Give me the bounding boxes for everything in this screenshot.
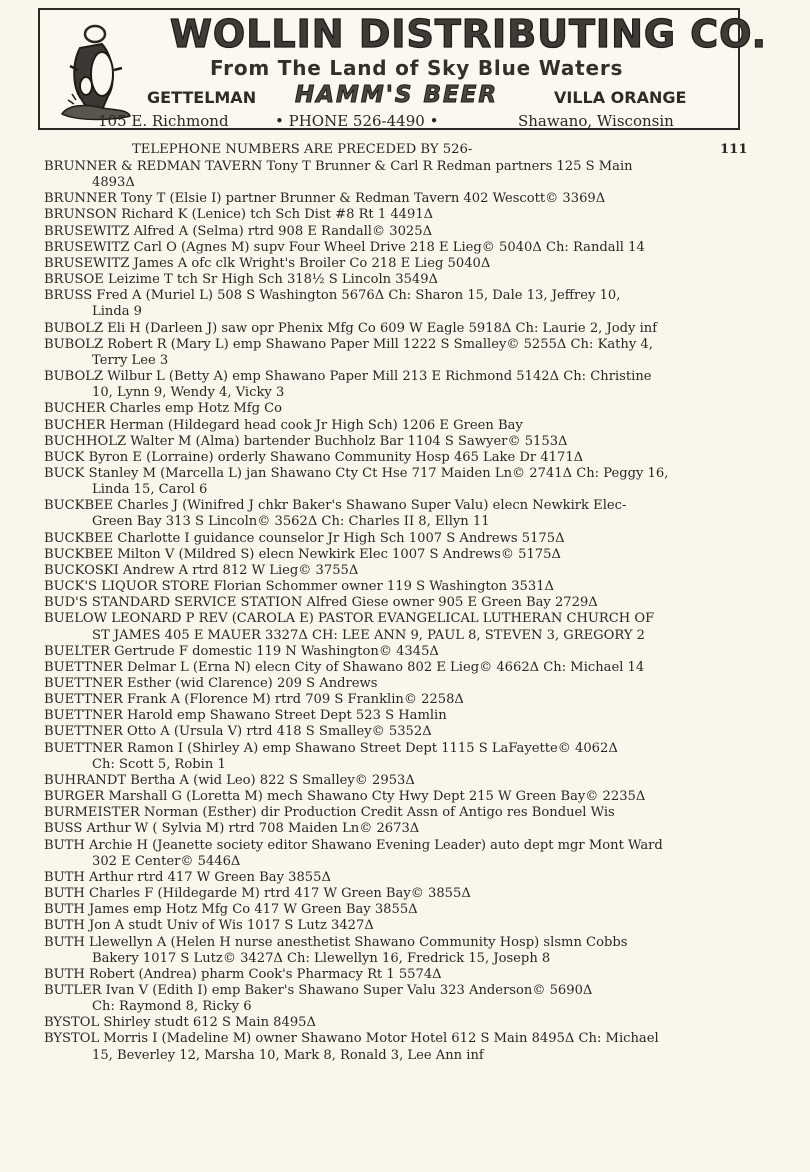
- directory-entry: BUETTNER Otto A (Ursula V) rtrd 418 S Sm…: [44, 724, 774, 740]
- ad-address: 105 E. Richmond: [98, 112, 229, 130]
- directory-entry: BUTH James emp Hotz Mfg Co 417 W Green B…: [44, 902, 774, 918]
- entry-line: BUTH Charles F (Hildegarde M) rtrd 417 W…: [44, 886, 774, 902]
- directory-entry: BUTH Arthur rtrd 417 W Green Bay 3855Δ: [44, 870, 774, 886]
- directory-entry: BUTH Charles F (Hildegarde M) rtrd 417 W…: [44, 886, 774, 902]
- directory-entry: BUBOLZ Eli H (Darleen J) saw opr Phenix …: [44, 321, 774, 337]
- entry-line: BUCKBEE Milton V (Mildred S) elecn Newki…: [44, 547, 774, 563]
- directory-entry: BRUNNER & REDMAN TAVERN Tony T Brunner &…: [44, 159, 774, 191]
- directory-entry: BURMEISTER Norman (Esther) dir Productio…: [44, 805, 774, 821]
- entry-line: BUTLER Ivan V (Edith I) emp Baker's Shaw…: [44, 983, 774, 999]
- entry-line: BYSTOL Morris I (Madeline M) owner Shawa…: [44, 1031, 774, 1047]
- entry-line: BRUSEWITZ Carl O (Agnes M) supv Four Whe…: [44, 240, 774, 256]
- entry-line: BUCHHOLZ Walter M (Alma) bartender Buchh…: [44, 434, 774, 450]
- directory-entry: BUHRANDT Bertha A (wid Leo) 822 S Smalle…: [44, 773, 774, 789]
- entry-line: BUTH Llewellyn A (Helen H nurse anesthet…: [44, 935, 774, 951]
- directory-entry: BRUSEWITZ James A ofc clk Wright's Broil…: [44, 256, 774, 272]
- directory-entry: BRUSEWITZ Alfred A (Selma) rtrd 908 E Ra…: [44, 224, 774, 240]
- directory-entry: BUCK'S LIQUOR STORE Florian Schommer own…: [44, 579, 774, 595]
- directory-entry: BUETTNER Ramon I (Shirley A) emp Shawano…: [44, 741, 774, 773]
- entry-line: BYSTOL Shirley studt 612 S Main 8495Δ: [44, 1015, 774, 1031]
- directory-entry: BYSTOL Morris I (Madeline M) owner Shawa…: [44, 1031, 774, 1063]
- entry-continuation-line: 302 E Center© 5446Δ: [44, 854, 774, 870]
- entry-line: BRUSOE Leizime T tch Sr High Sch 318½ S …: [44, 272, 774, 288]
- directory-entry: BRUNSON Richard K (Lenice) tch Sch Dist …: [44, 207, 774, 223]
- directory-entry: BRUSOE Leizime T tch Sr High Sch 318½ S …: [44, 272, 774, 288]
- entry-continuation-line: Ch: Raymond 8, Ricky 6: [44, 999, 774, 1015]
- entry-line: BUTH Jon A studt Univ of Wis 1017 S Lutz…: [44, 918, 774, 934]
- entry-continuation-line: Ch: Scott 5, Robin 1: [44, 757, 774, 773]
- company-name: WOLLIN DISTRIBUTING CO.: [170, 12, 740, 56]
- entry-line: BUCK Stanley M (Marcella L) jan Shawano …: [44, 466, 774, 482]
- directory-entry: BUSS Arthur W ( Sylvia M) rtrd 708 Maide…: [44, 821, 774, 837]
- entry-line: BUHRANDT Bertha A (wid Leo) 822 S Smalle…: [44, 773, 774, 789]
- entry-line: BUCKBEE Charles J (Winifred J chkr Baker…: [44, 498, 774, 514]
- directory-entry: BUBOLZ Robert R (Mary L) emp Shawano Pap…: [44, 337, 774, 369]
- directory-entry: BUELOW LEONARD P REV (CAROLA E) PASTOR E…: [44, 611, 774, 643]
- directory-entry: BUCHHOLZ Walter M (Alma) bartender Buchh…: [44, 434, 774, 450]
- directory-entry: BUD'S STANDARD SERVICE STATION Alfred Gi…: [44, 595, 774, 611]
- entry-line: BUETTNER Otto A (Ursula V) rtrd 418 S Sm…: [44, 724, 774, 740]
- entry-line: BUELTER Gertrude F domestic 119 N Washin…: [44, 644, 774, 660]
- entry-line: BUETTNER Esther (wid Clarence) 209 S And…: [44, 676, 774, 692]
- entry-line: BUCHER Herman (Hildegard head cook Jr Hi…: [44, 418, 774, 434]
- entry-continuation-line: 15, Beverley 12, Marsha 10, Mark 8, Rona…: [44, 1048, 774, 1064]
- entry-line: BRUSEWITZ James A ofc clk Wright's Broil…: [44, 256, 774, 272]
- directory-entry: BUETTNER Harold emp Shawano Street Dept …: [44, 708, 774, 724]
- directory-entry: BUETTNER Esther (wid Clarence) 209 S And…: [44, 676, 774, 692]
- entry-line: BUCK'S LIQUOR STORE Florian Schommer own…: [44, 579, 774, 595]
- entry-line: BRUSS Fred A (Muriel L) 508 S Washington…: [44, 288, 774, 304]
- directory-entry: BUTH Llewellyn A (Helen H nurse anesthet…: [44, 935, 774, 967]
- directory-entry: BURGER Marshall G (Loretta M) mech Shawa…: [44, 789, 774, 805]
- entry-line: BUCKOSKI Andrew A rtrd 812 W Lieg© 3755Δ: [44, 563, 774, 579]
- directory-entry: BUCKBEE Charles J (Winifred J chkr Baker…: [44, 498, 774, 530]
- entry-line: BUTH Archie H (Jeanette society editor S…: [44, 838, 774, 854]
- entry-line: BURMEISTER Norman (Esther) dir Productio…: [44, 805, 774, 821]
- entry-line: BUELOW LEONARD P REV (CAROLA E) PASTOR E…: [44, 611, 774, 627]
- entry-line: BURGER Marshall G (Loretta M) mech Shawa…: [44, 789, 774, 805]
- entry-line: BUSS Arthur W ( Sylvia M) rtrd 708 Maide…: [44, 821, 774, 837]
- entry-continuation-line: Linda 15, Carol 6: [44, 482, 774, 498]
- entry-continuation-line: Green Bay 313 S Lincoln© 3562Δ Ch: Charl…: [44, 514, 774, 530]
- brand-gettelman: GETTELMAN: [147, 88, 256, 107]
- ad-city: Shawano, Wisconsin: [518, 112, 674, 130]
- brand-hamms-beer: HAMM'S BEER: [295, 82, 498, 108]
- directory-entry: BUCHER Charles emp Hotz Mfg Co: [44, 401, 774, 417]
- ad-phone: • PHONE 526-4490 •: [275, 112, 438, 130]
- entry-continuation-line: ST JAMES 405 E MAUER 3327Δ CH: LEE ANN 9…: [44, 628, 774, 644]
- directory-entry: BUTLER Ivan V (Edith I) emp Baker's Shaw…: [44, 983, 774, 1015]
- entry-line: BUTH Robert (Andrea) pharm Cook's Pharma…: [44, 967, 774, 983]
- directory-entry: BUTH Robert (Andrea) pharm Cook's Pharma…: [44, 967, 774, 983]
- entry-line: BUBOLZ Robert R (Mary L) emp Shawano Pap…: [44, 337, 774, 353]
- entry-line: BUTH James emp Hotz Mfg Co 417 W Green B…: [44, 902, 774, 918]
- entry-line: BUETTNER Frank A (Florence M) rtrd 709 S…: [44, 692, 774, 708]
- brand-villa-orange: VILLA ORANGE: [554, 88, 686, 107]
- directory-entry: BUCKBEE Milton V (Mildred S) elecn Newki…: [44, 547, 774, 563]
- directory-entry: BRUSEWITZ Carl O (Agnes M) supv Four Whe…: [44, 240, 774, 256]
- entry-continuation-line: Terry Lee 3: [44, 353, 774, 369]
- entry-line: BUETTNER Ramon I (Shirley A) emp Shawano…: [44, 741, 774, 757]
- entry-continuation-line: Bakery 1017 S Lutz© 3427Δ Ch: Llewellyn …: [44, 951, 774, 967]
- entry-line: BUTH Arthur rtrd 417 W Green Bay 3855Δ: [44, 870, 774, 886]
- entry-line: BUBOLZ Wilbur L (Betty A) emp Shawano Pa…: [44, 369, 774, 385]
- directory-entry: BUCKBEE Charlotte I guidance counselor J…: [44, 531, 774, 547]
- entry-line: BUCK Byron E (Lorraine) orderly Shawano …: [44, 450, 774, 466]
- directory-listing: BRUNNER & REDMAN TAVERN Tony T Brunner &…: [44, 159, 774, 1064]
- directory-entry: BUETTNER Delmar L (Erna N) elecn City of…: [44, 660, 774, 676]
- entry-line: BRUNSON Richard K (Lenice) tch Sch Dist …: [44, 207, 774, 223]
- entry-line: BUCHER Charles emp Hotz Mfg Co: [44, 401, 774, 417]
- hamms-bear-mascot-icon: [58, 18, 136, 122]
- entry-continuation-line: 10, Lynn 9, Wendy 4, Vicky 3: [44, 385, 774, 401]
- directory-entry: BUTH Jon A studt Univ of Wis 1017 S Lutz…: [44, 918, 774, 934]
- page-number: 111: [720, 142, 748, 157]
- directory-entry: BRUNNER Tony T (Elsie I) partner Brunner…: [44, 191, 774, 207]
- entry-continuation-line: 4893Δ: [44, 175, 774, 191]
- directory-entry: BUCK Byron E (Lorraine) orderly Shawano …: [44, 450, 774, 466]
- entry-line: BRUNNER & REDMAN TAVERN Tony T Brunner &…: [44, 159, 774, 175]
- directory-entry: BUCK Stanley M (Marcella L) jan Shawano …: [44, 466, 774, 498]
- entry-line: BRUSEWITZ Alfred A (Selma) rtrd 908 E Ra…: [44, 224, 774, 240]
- directory-entry: BUTH Archie H (Jeanette society editor S…: [44, 838, 774, 870]
- directory-entry: BUELTER Gertrude F domestic 119 N Washin…: [44, 644, 774, 660]
- advertisement-box: WOLLIN DISTRIBUTING CO. From The Land of…: [38, 8, 740, 130]
- entry-line: BUBOLZ Eli H (Darleen J) saw opr Phenix …: [44, 321, 774, 337]
- entry-line: BRUNNER Tony T (Elsie I) partner Brunner…: [44, 191, 774, 207]
- directory-entry: BUCKOSKI Andrew A rtrd 812 W Lieg© 3755Δ: [44, 563, 774, 579]
- entry-line: BUCKBEE Charlotte I guidance counselor J…: [44, 531, 774, 547]
- entry-line: BUETTNER Delmar L (Erna N) elecn City of…: [44, 660, 774, 676]
- entry-line: BUD'S STANDARD SERVICE STATION Alfred Gi…: [44, 595, 774, 611]
- slogan: From The Land of Sky Blue Waters: [210, 56, 623, 80]
- directory-entry: BUCHER Herman (Hildegard head cook Jr Hi…: [44, 418, 774, 434]
- entry-line: BUETTNER Harold emp Shawano Street Dept …: [44, 708, 774, 724]
- directory-entry: BYSTOL Shirley studt 612 S Main 8495Δ: [44, 1015, 774, 1031]
- directory-entry: BUBOLZ Wilbur L (Betty A) emp Shawano Pa…: [44, 369, 774, 401]
- page-header-note: TELEPHONE NUMBERS ARE PRECEDED BY 526-: [132, 142, 472, 157]
- entry-continuation-line: Linda 9: [44, 304, 774, 320]
- directory-entry: BRUSS Fred A (Muriel L) 508 S Washington…: [44, 288, 774, 320]
- directory-entry: BUETTNER Frank A (Florence M) rtrd 709 S…: [44, 692, 774, 708]
